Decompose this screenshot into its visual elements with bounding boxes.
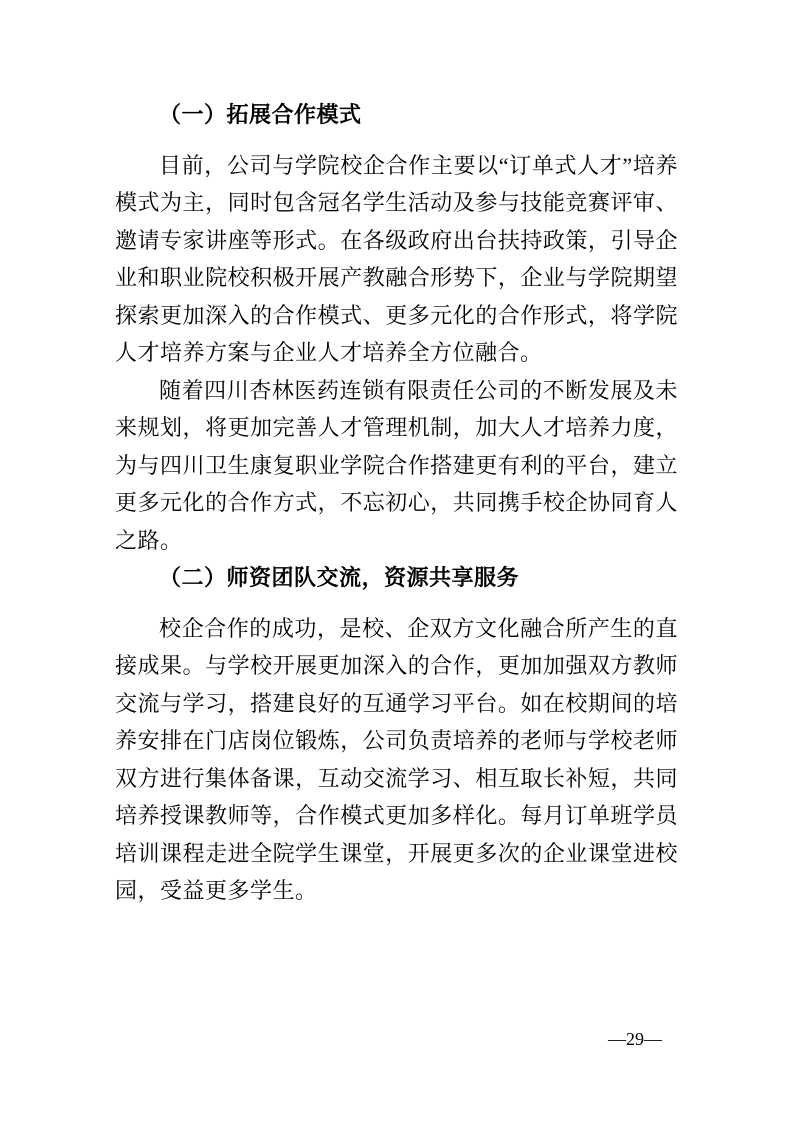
- document-page: （一）拓展合作模式 目前，公司与学院校企合作主要以“订单式人才”培养模式为主，同…: [0, 0, 793, 1122]
- section-heading-1: （一）拓展合作模式: [115, 96, 678, 134]
- paragraph-3: 校企合作的成功，是校、企双方文化融合所产生的直接成果。与学校开展更加深入的合作，…: [115, 610, 678, 910]
- document-content: （一）拓展合作模式 目前，公司与学院校企合作主要以“订单式人才”培养模式为主，同…: [115, 96, 678, 910]
- paragraph-2: 随着四川杏林医药连锁有限责任公司的不断发展及未来规划，将更加完善人才管理机制，加…: [115, 372, 678, 560]
- page-number: —29—: [608, 1028, 662, 1050]
- section-heading-2: （二）师资团队交流，资源共享服务: [115, 559, 678, 597]
- paragraph-1: 目前，公司与学院校企合作主要以“订单式人才”培养模式为主，同时包含冠名学生活动及…: [115, 147, 678, 372]
